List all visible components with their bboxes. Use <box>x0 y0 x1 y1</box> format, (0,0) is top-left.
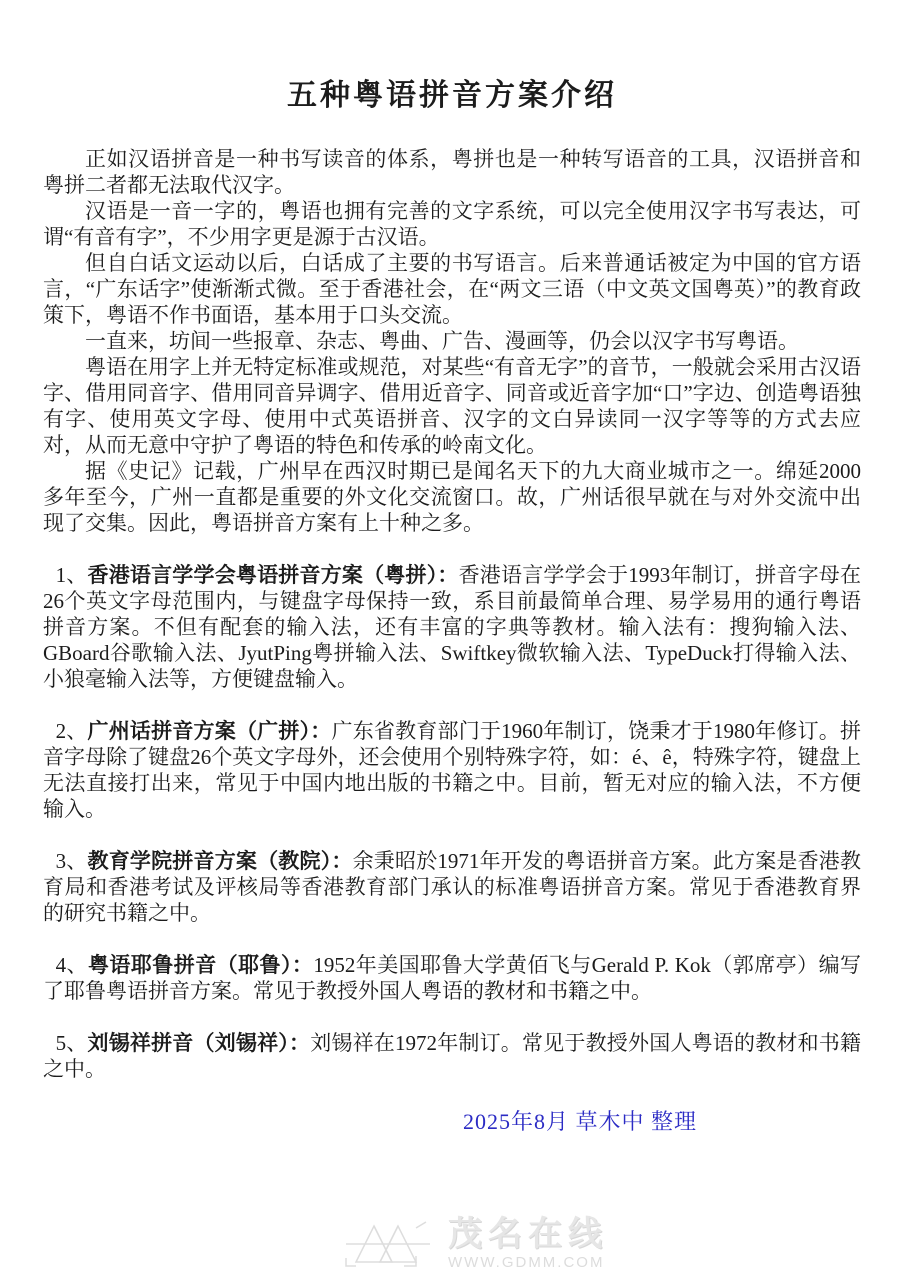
credit-line: 2025年8月 草木中 整理 <box>463 1105 861 1136</box>
document-title: 五种粤语拼音方案介绍 <box>43 70 861 114</box>
scheme-name: 教育学院拼音方案（教院）： <box>88 849 353 873</box>
watermark: 茂名在线 WWW.GDMM.COM <box>342 1218 608 1270</box>
scheme-item-3: 3、教育学院拼音方案（教院）：余秉昭於1971年开发的粤语拼音方案。此方案是香港… <box>43 848 861 926</box>
intro-paragraph-5: 粤语在用字上并无特定标准或规范，对某些“有音无字”的音节，一般就会采用古汉语字、… <box>43 354 861 458</box>
watermark-url: WWW.GDMM.COM <box>448 1255 604 1270</box>
document-page: 五种粤语拼音方案介绍 正如汉语拼音是一种书写读音的体系，粤拼也是一种转写语音的工… <box>0 0 905 1136</box>
watermark-logo-icon <box>342 1218 434 1270</box>
scheme-name: 香港语言学学会粤语拼音方案（粤拼）： <box>88 563 459 587</box>
watermark-site-name: 茂名在线 <box>448 1218 608 1252</box>
intro-paragraph-1: 正如汉语拼音是一种书写读音的体系，粤拼也是一种转写语音的工具，汉语拼音和粤拼二者… <box>43 146 861 198</box>
scheme-number: 1、 <box>56 563 88 587</box>
intro-paragraph-6: 据《史记》记载，广州早在西汉时期已是闻名天下的九大商业城市之一。绵延2000多年… <box>43 458 861 536</box>
scheme-name: 粤语耶鲁拼音（耶鲁）： <box>88 953 313 977</box>
scheme-name: 刘锡祥拼音（刘锡祥）： <box>88 1031 311 1055</box>
intro-section: 正如汉语拼音是一种书写读音的体系，粤拼也是一种转写语音的工具，汉语拼音和粤拼二者… <box>43 146 861 536</box>
scheme-number: 5、 <box>56 1031 88 1055</box>
scheme-item-2: 2、广州话拼音方案（广拼）：广东省教育部门于1960年制订，饶秉才于1980年修… <box>43 718 861 822</box>
scheme-item-5: 5、刘锡祥拼音（刘锡祥）：刘锡祥在1972年制订。常见于教授外国人粤语的教材和书… <box>43 1030 861 1082</box>
scheme-item-1: 1、香港语言学学会粤语拼音方案（粤拼）：香港语言学学会于1993年制订，拼音字母… <box>43 562 861 692</box>
intro-paragraph-2: 汉语是一音一字的，粤语也拥有完善的文字系统，可以完全使用汉字书写表达，可谓“有音… <box>43 198 861 250</box>
intro-paragraph-3: 但自白话文运动以后，白话成了主要的书写语言。后来普通话被定为中国的官方语言，“广… <box>43 250 861 328</box>
scheme-number: 3、 <box>56 849 88 873</box>
scheme-number: 4、 <box>56 953 88 977</box>
scheme-list: 1、香港语言学学会粤语拼音方案（粤拼）：香港语言学学会于1993年制订，拼音字母… <box>43 562 861 1082</box>
intro-paragraph-4: 一直来，坊间一些报章、杂志、粤曲、广告、漫画等，仍会以汉字书写粤语。 <box>43 328 861 354</box>
scheme-item-4: 4、粤语耶鲁拼音（耶鲁）：1952年美国耶鲁大学黄佰飞与Gerald P. Ko… <box>43 952 861 1004</box>
scheme-name: 广州话拼音方案（广拼）： <box>88 719 332 743</box>
scheme-number: 2、 <box>56 719 88 743</box>
